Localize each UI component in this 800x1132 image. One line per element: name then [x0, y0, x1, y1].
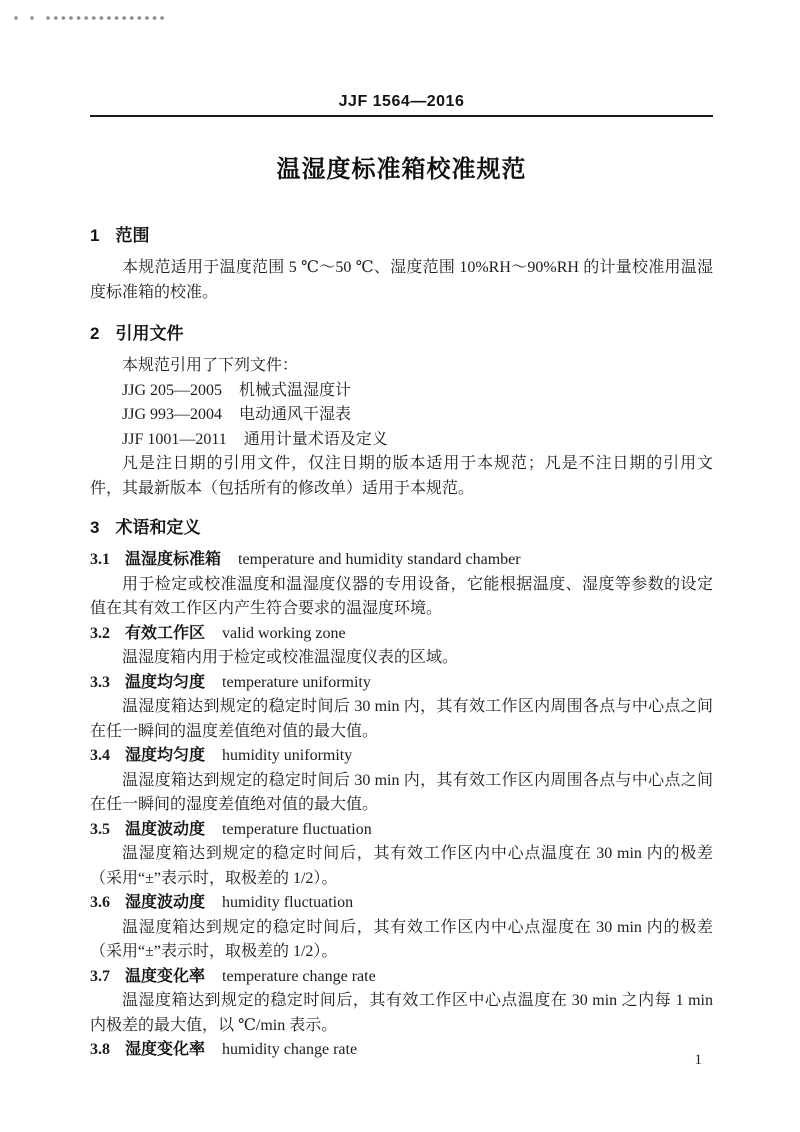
reference-code: JJF 1001—2011	[122, 431, 227, 448]
term-number: 3.2	[90, 625, 110, 642]
term-number: 3.5	[90, 821, 110, 838]
term-name-zh: 温度变化率	[125, 968, 205, 985]
term-name-zh: 温度波动度	[125, 821, 205, 838]
term-name-en: temperature fluctuation	[222, 821, 372, 838]
term-number: 3.8	[90, 1041, 110, 1058]
term-definition: 温湿度箱达到规定的稳定时间后 30 min 内，其有效工作区内周围各点与中心点之…	[90, 769, 713, 818]
reference-title: 通用计量术语及定义	[244, 431, 388, 448]
reference-code: JJG 205—2005	[122, 382, 222, 399]
reference-item: JJF 1001—2011通用计量术语及定义	[90, 428, 713, 453]
term-heading: 3.7温度变化率temperature change rate	[90, 965, 713, 990]
section-terms: 3术语和定义 3.1温湿度标准箱temperature and humidity…	[90, 515, 713, 1063]
term-number: 3.3	[90, 674, 110, 691]
section-heading-text: 范围	[115, 226, 149, 245]
term-heading: 3.3温度均匀度temperature uniformity	[90, 671, 713, 696]
reference-title: 电动通风干湿表	[239, 406, 351, 423]
header-rule	[90, 115, 713, 117]
section-references: 2引用文件 本规范引用了下列文件： JJG 205—2005机械式温湿度计 JJ…	[90, 321, 713, 501]
term-name-zh: 有效工作区	[125, 625, 205, 642]
section-scope: 1范围 本规范适用于温度范围 5 ℃～50 ℃、湿度范围 10%RH～90%RH…	[90, 223, 713, 305]
term-number: 3.7	[90, 968, 110, 985]
term-heading: 3.1温湿度标准箱temperature and humidity standa…	[90, 548, 713, 573]
term-number: 3.1	[90, 551, 110, 568]
term-heading: 3.6湿度波动度humidity fluctuation	[90, 891, 713, 916]
section-heading: 2引用文件	[90, 321, 713, 346]
term-name-zh: 温湿度标准箱	[125, 551, 221, 568]
section-heading: 1范围	[90, 223, 713, 248]
section-number: 1	[90, 226, 99, 245]
term-name-en: humidity uniformity	[222, 747, 352, 764]
term-name-en: humidity change rate	[222, 1041, 357, 1058]
document-content: JJF 1564—2016 温湿度标准箱校准规范 1范围 本规范适用于温度范围 …	[0, 0, 800, 1063]
term-name-en: humidity fluctuation	[222, 894, 353, 911]
term-name-en: temperature uniformity	[222, 674, 371, 691]
term-definition: 温湿度箱达到规定的稳定时间后，其有效工作区中心点温度在 30 min 之内每 1…	[90, 989, 713, 1038]
term-name-zh: 湿度均匀度	[125, 747, 205, 764]
term-number: 3.6	[90, 894, 110, 911]
term-heading: 3.2有效工作区valid working zone	[90, 622, 713, 647]
page-number: 1	[695, 1050, 703, 1070]
section-number: 3	[90, 518, 99, 537]
term-definition: 用于检定或校准温度和温湿度仪器的专用设备，它能根据温度、湿度等参数的设定值在其有…	[90, 573, 713, 622]
term-definition: 温湿度箱内用于检定或校准温湿度仪表的区域。	[90, 646, 713, 671]
reference-title: 机械式温湿度计	[239, 382, 351, 399]
term-heading: 3.5温度波动度temperature fluctuation	[90, 818, 713, 843]
term-definition: 温湿度箱达到规定的稳定时间后 30 min 内，其有效工作区内周围各点与中心点之…	[90, 695, 713, 744]
scope-paragraph: 本规范适用于温度范围 5 ℃～50 ℃、湿度范围 10%RH～90%RH 的计量…	[90, 256, 713, 305]
term-name-zh: 湿度变化率	[125, 1041, 205, 1058]
references-note: 凡是注日期的引用文件，仅注日期的版本适用于本规范；凡是不注日期的引用文件，其最新…	[90, 452, 713, 501]
section-heading-text: 术语和定义	[115, 518, 200, 537]
document-title: 温湿度标准箱校准规范	[90, 153, 713, 187]
section-heading-text: 引用文件	[115, 324, 183, 343]
term-heading: 3.4湿度均匀度humidity uniformity	[90, 744, 713, 769]
term-name-zh: 温度均匀度	[125, 674, 205, 691]
term-definition: 温湿度箱达到规定的稳定时间后，其有效工作区内中心点温度在 30 min 内的极差…	[90, 842, 713, 891]
section-heading: 3术语和定义	[90, 515, 713, 540]
reference-item: JJG 205—2005机械式温湿度计	[90, 379, 713, 404]
term-number: 3.4	[90, 747, 110, 764]
document-code: JJF 1564—2016	[90, 92, 713, 112]
term-heading: 3.8湿度变化率humidity change rate	[90, 1038, 713, 1063]
section-number: 2	[90, 324, 99, 343]
references-intro: 本规范引用了下列文件：	[90, 354, 713, 379]
term-name-en: temperature and humidity standard chambe…	[238, 551, 521, 568]
term-name-en: valid working zone	[222, 625, 346, 642]
term-definition: 温湿度箱达到规定的稳定时间后，其有效工作区内中心点湿度在 30 min 内的极差…	[90, 916, 713, 965]
term-name-en: temperature change rate	[222, 968, 376, 985]
document-page: { "doc": { "header_code": "JJF 1564—2016…	[0, 0, 800, 1132]
reference-code: JJG 993—2004	[122, 406, 222, 423]
reference-item: JJG 993—2004电动通风干湿表	[90, 403, 713, 428]
term-name-zh: 湿度波动度	[125, 894, 205, 911]
